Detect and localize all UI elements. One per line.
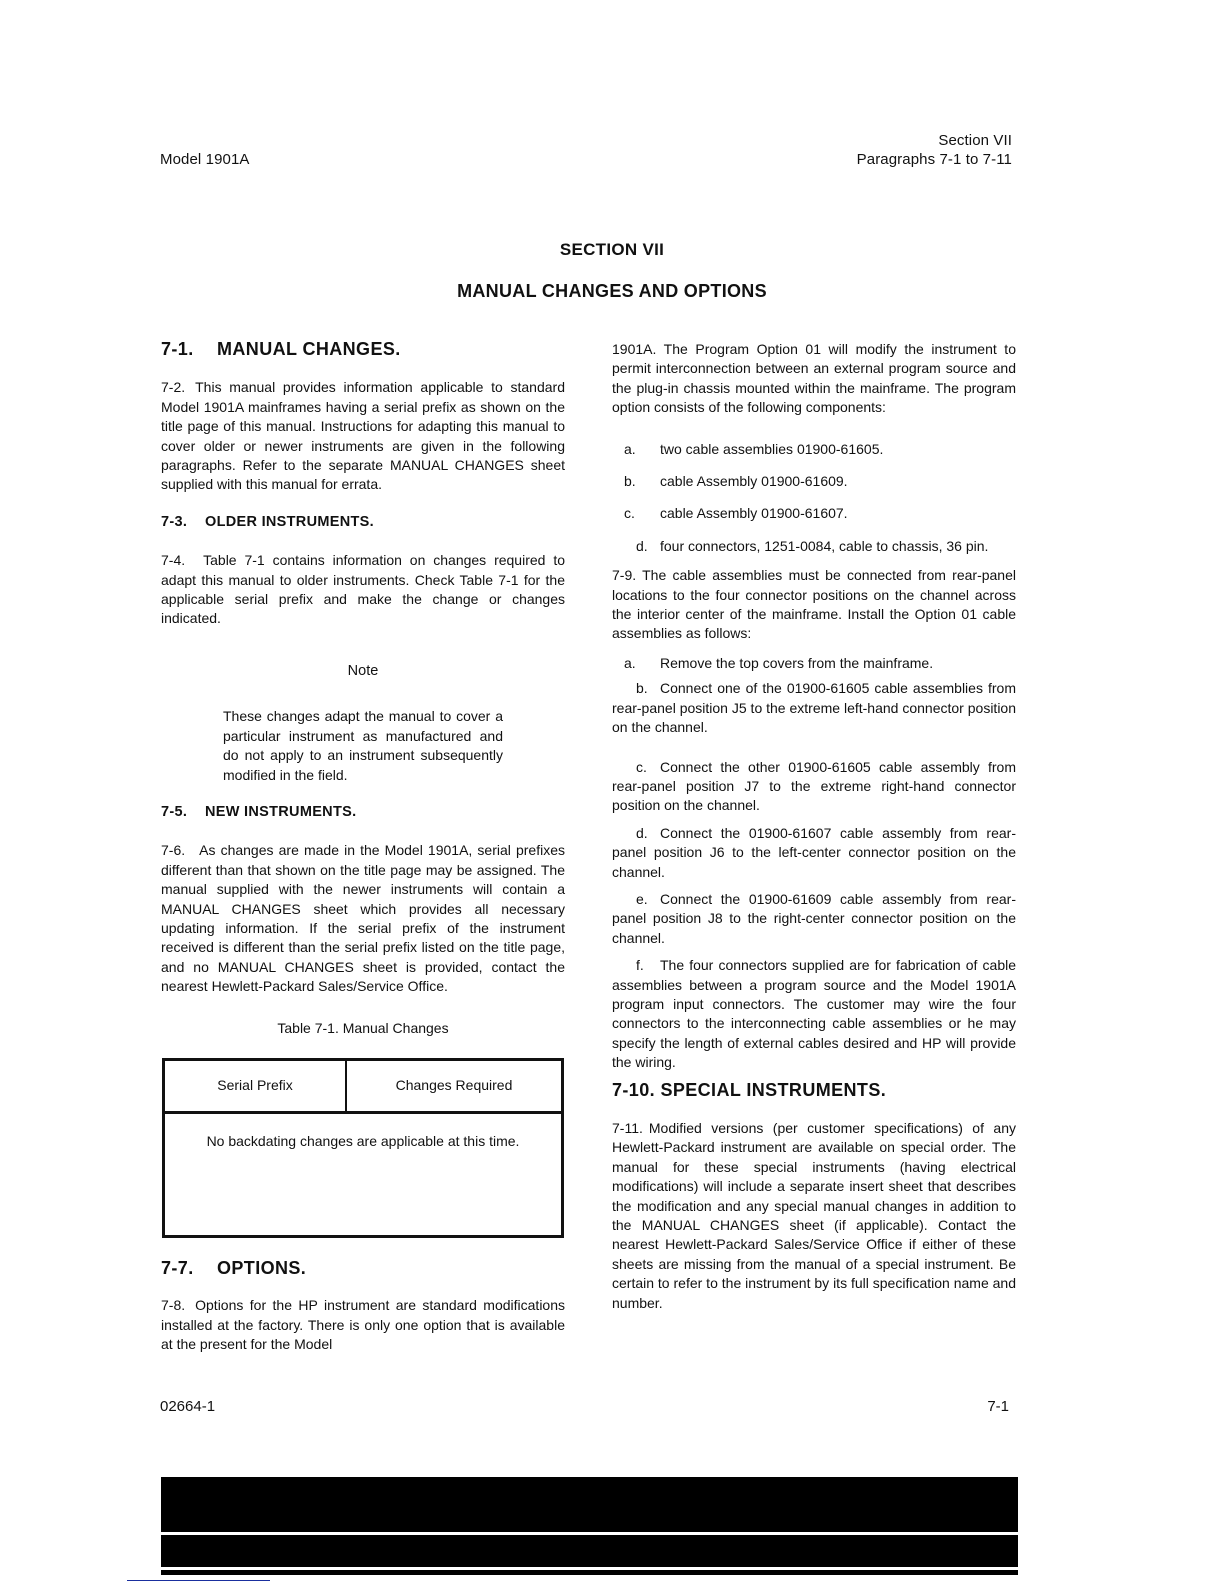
- paragraph-text: Options for the HP instrument are standa…: [161, 1297, 565, 1352]
- paragraph-7-8: 7-8.Options for the HP instrument are st…: [161, 1296, 565, 1354]
- heading-text: MANUAL CHANGES.: [217, 339, 401, 359]
- column-header-changes-required: Changes Required: [346, 1059, 563, 1112]
- list-text: cable Assembly 01900-61609.: [660, 473, 848, 489]
- list-item: d.Connect the 01900-61607 cable assembly…: [612, 824, 1016, 882]
- component-list: a.two cable assemblies 01900-61605. b.ca…: [612, 440, 1016, 557]
- list-label: b.: [624, 679, 646, 698]
- heading-7-3: 7-3.OLDER INSTRUMENTS.: [161, 513, 565, 532]
- right-column: 1901A. The Program Option 01 will modify…: [612, 340, 1016, 1313]
- heading-7-1: 7-1.MANUAL CHANGES.: [161, 340, 565, 359]
- list-text: four connectors, 1251-0084, cable to cha…: [660, 538, 988, 554]
- paragraph-number: 7-6.: [161, 841, 185, 860]
- column-header-serial-prefix: Serial Prefix: [164, 1059, 347, 1112]
- list-label: e.: [624, 890, 646, 909]
- note-body: These changes adapt the manual to cover …: [223, 707, 503, 785]
- list-text: Connect the other 01900-61605 cable asse…: [612, 759, 1016, 814]
- list-item: d.four connectors, 1251-0084, cable to c…: [612, 537, 1016, 556]
- paragraph-number: 7-4.: [161, 551, 185, 570]
- heading-text: OLDER INSTRUMENTS.: [205, 514, 374, 530]
- left-column: 7-1.MANUAL CHANGES. 7-2.This manual prov…: [161, 340, 565, 1355]
- table-caption: Table 7-1. Manual Changes: [161, 1019, 565, 1038]
- list-item: e.Connect the 01900-61609 cable assembly…: [612, 890, 1016, 948]
- list-label: d.: [624, 824, 646, 843]
- heading-text: SPECIAL INSTRUMENTS.: [660, 1080, 886, 1100]
- list-item: b.cable Assembly 01900-61609.: [612, 472, 1016, 491]
- table-row: No backdating changes are applicable at …: [164, 1112, 563, 1236]
- paragraph-text: The cable assemblies must be connected f…: [612, 567, 1016, 641]
- list-label: c.: [624, 504, 646, 523]
- installation-steps: a.Remove the top covers from the mainfra…: [612, 654, 1016, 1073]
- strip-divider: [161, 1567, 1018, 1570]
- paragraph-text: This manual provides information applica…: [161, 379, 565, 492]
- scan-artifact-strip: [161, 1477, 1018, 1575]
- list-text: Connect the 01900-61609 cable assembly f…: [612, 891, 1016, 946]
- table-cell: No backdating changes are applicable at …: [164, 1112, 563, 1236]
- list-item: c.Connect the other 01900-61605 cable as…: [612, 758, 1016, 816]
- paragraph-7-11: 7-11.Modified versions (per customer spe…: [612, 1119, 1016, 1313]
- section-name-title: MANUAL CHANGES AND OPTIONS: [0, 281, 1224, 302]
- list-item: f.The four connectors supplied are for f…: [612, 956, 1016, 1072]
- heading-7-10: 7-10. SPECIAL INSTRUMENTS.: [612, 1081, 1016, 1100]
- paragraph-7-8-continued: 1901A. The Program Option 01 will modify…: [612, 340, 1016, 418]
- list-item: a.two cable assemblies 01900-61605.: [612, 440, 1016, 459]
- heading-number: 7-5.: [161, 803, 205, 822]
- paragraph-text: As changes are made in the Model 1901A, …: [161, 842, 565, 994]
- list-text: Connect the 01900-61607 cable assembly f…: [612, 825, 1016, 880]
- paragraph-text: Table 7-1 contains information on change…: [161, 552, 565, 626]
- list-label: a.: [624, 654, 646, 673]
- list-text: Connect one of the 01900-61605 cable ass…: [612, 680, 1016, 735]
- list-text: The four connectors supplied are for fab…: [612, 957, 1016, 1070]
- header-section: Section VII: [857, 131, 1012, 150]
- paragraph-7-2: 7-2.This manual provides information app…: [161, 378, 565, 494]
- heading-7-5: 7-5.NEW INSTRUMENTS.: [161, 803, 565, 822]
- paragraph-number: 7-8.: [161, 1296, 185, 1315]
- heading-7-7: 7-7.OPTIONS.: [161, 1259, 565, 1278]
- header-section-info: Section VII Paragraphs 7-1 to 7-11: [857, 131, 1012, 169]
- heading-text: NEW INSTRUMENTS.: [205, 804, 356, 820]
- list-label: b.: [624, 472, 646, 491]
- list-label: c.: [624, 758, 646, 777]
- manual-changes-table: Serial Prefix Changes Required No backda…: [162, 1058, 564, 1238]
- header-paragraphs: Paragraphs 7-1 to 7-11: [857, 150, 1012, 169]
- paragraph-7-9: 7-9.The cable assemblies must be connect…: [612, 566, 1016, 644]
- list-item: b.Connect one of the 01900-61605 cable a…: [612, 679, 1016, 737]
- strip-divider: [161, 1532, 1018, 1535]
- list-item: a.Remove the top covers from the mainfra…: [612, 654, 1016, 673]
- list-item: c.cable Assembly 01900-61607.: [612, 504, 1016, 523]
- list-text: Remove the top covers from the mainframe…: [660, 655, 933, 671]
- list-label: a.: [624, 440, 646, 459]
- note-title: Note: [161, 662, 565, 681]
- list-text: cable Assembly 01900-61607.: [660, 505, 848, 521]
- paragraph-text: Modified versions (per customer specific…: [612, 1120, 1016, 1311]
- list-label: d.: [624, 537, 646, 556]
- header-model: Model 1901A: [160, 150, 250, 169]
- paragraph-7-6: 7-6.As changes are made in the Model 190…: [161, 841, 565, 996]
- heading-number: 7-10.: [612, 1080, 655, 1100]
- paragraph-number: 7-2.: [161, 378, 185, 397]
- heading-number: 7-3.: [161, 513, 205, 532]
- section-number-title: SECTION VII: [0, 240, 1224, 260]
- footer-page-number: 7-1: [987, 1398, 1009, 1415]
- list-label: f.: [624, 956, 646, 975]
- paragraph-number: 7-11.: [612, 1119, 643, 1138]
- heading-text: OPTIONS.: [217, 1258, 306, 1278]
- footer-document-number: 02664-1: [160, 1398, 215, 1415]
- paragraph-number: 7-9.: [612, 566, 636, 585]
- heading-number: 7-7.: [161, 1259, 217, 1278]
- blue-underline-artifact: [127, 1580, 270, 1581]
- list-text: two cable assemblies 01900-61605.: [660, 441, 883, 457]
- paragraph-7-4: 7-4.Table 7-1 contains information on ch…: [161, 551, 565, 629]
- table-header-row: Serial Prefix Changes Required: [164, 1059, 563, 1112]
- heading-number: 7-1.: [161, 340, 217, 359]
